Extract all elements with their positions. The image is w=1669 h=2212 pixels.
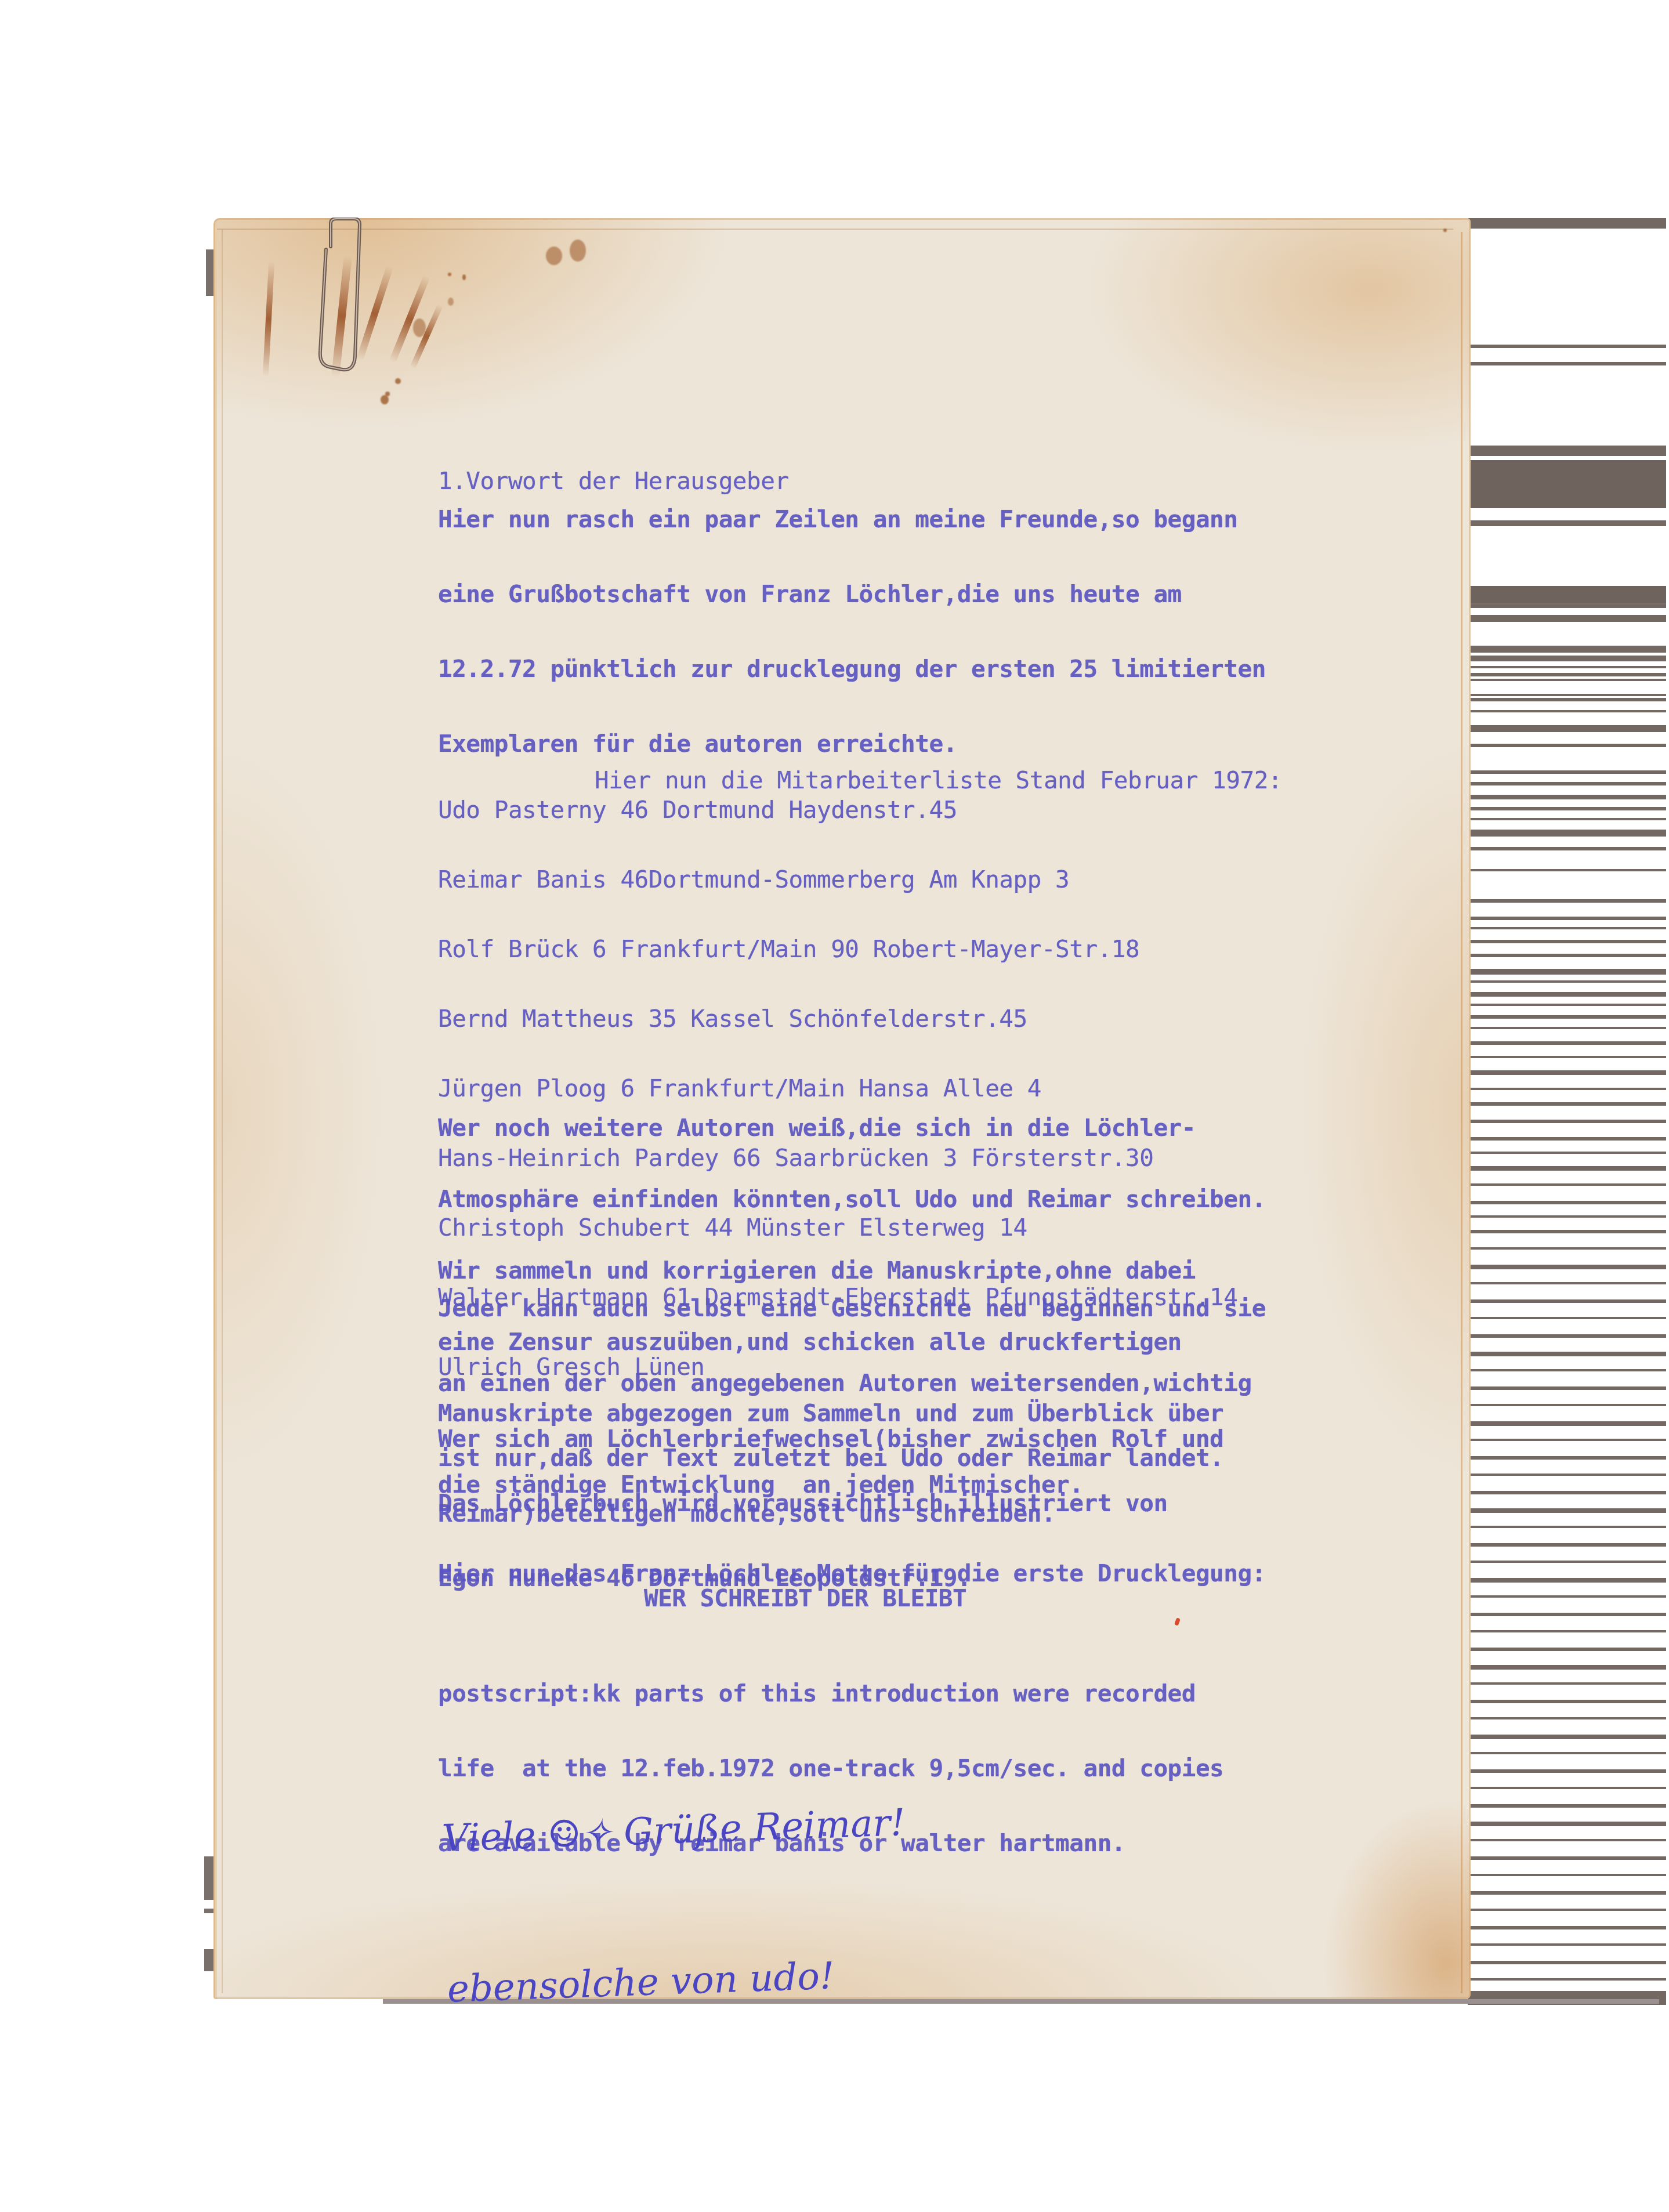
scan-artifact-left [206, 249, 213, 296]
text-line: eine Grußbotschaft von Franz Löchler,die… [438, 582, 1266, 607]
paper-edge [217, 229, 1453, 230]
text-line: Atmosphäre einfinden könnten,soll Udo un… [438, 1188, 1266, 1211]
paper-edge [222, 230, 223, 1993]
motto: WER SCHREIBT DER BLEIBT [644, 1536, 966, 1636]
scan-artifact-left [204, 1856, 213, 1900]
text-line: Jeder kann auch selbst eine Geschichte n… [438, 1296, 1266, 1321]
list-item: Reimar Banis 46Dortmund-Sommerberg Am Kn… [438, 868, 1238, 891]
list-item: Udo Pasterny 46 Dortmund Haydenstr.45 [438, 798, 1238, 821]
handwritten-line: ebensolche von udo! [447, 1950, 911, 2013]
list-item: Rolf Brück 6 Frankfurt/Main 90 Robert-Ma… [438, 937, 1238, 961]
scan-artifact-left [204, 1949, 213, 1971]
scan-artifact-left [204, 1909, 213, 1913]
scan-artifact-stripes [1468, 215, 1666, 2019]
handwritten-line: Viele ☺✧ Grüße Reimar! [441, 1800, 906, 1862]
paperclip-icon [313, 218, 371, 380]
handwritten-note: Viele ☺✧ Grüße Reimar! ebensolche von ud… [438, 1707, 913, 2059]
text-line: Hier nun rasch ein paar Zeilen an meine … [438, 507, 1266, 532]
list-item: Bernd Mattheus 35 Kassel Schönfelderstr.… [438, 1007, 1238, 1030]
text-line: postscript:kk parts of this introduction… [438, 1681, 1223, 1706]
paper-edge [1461, 232, 1462, 1993]
text-line: 12.2.72 pünktlich zur drucklegung der er… [438, 657, 1266, 682]
motto-text: WER SCHREIBT DER BLEIBT [644, 1586, 966, 1611]
text-line: Wer noch weitere Autoren weiß,die sich i… [438, 1116, 1266, 1140]
